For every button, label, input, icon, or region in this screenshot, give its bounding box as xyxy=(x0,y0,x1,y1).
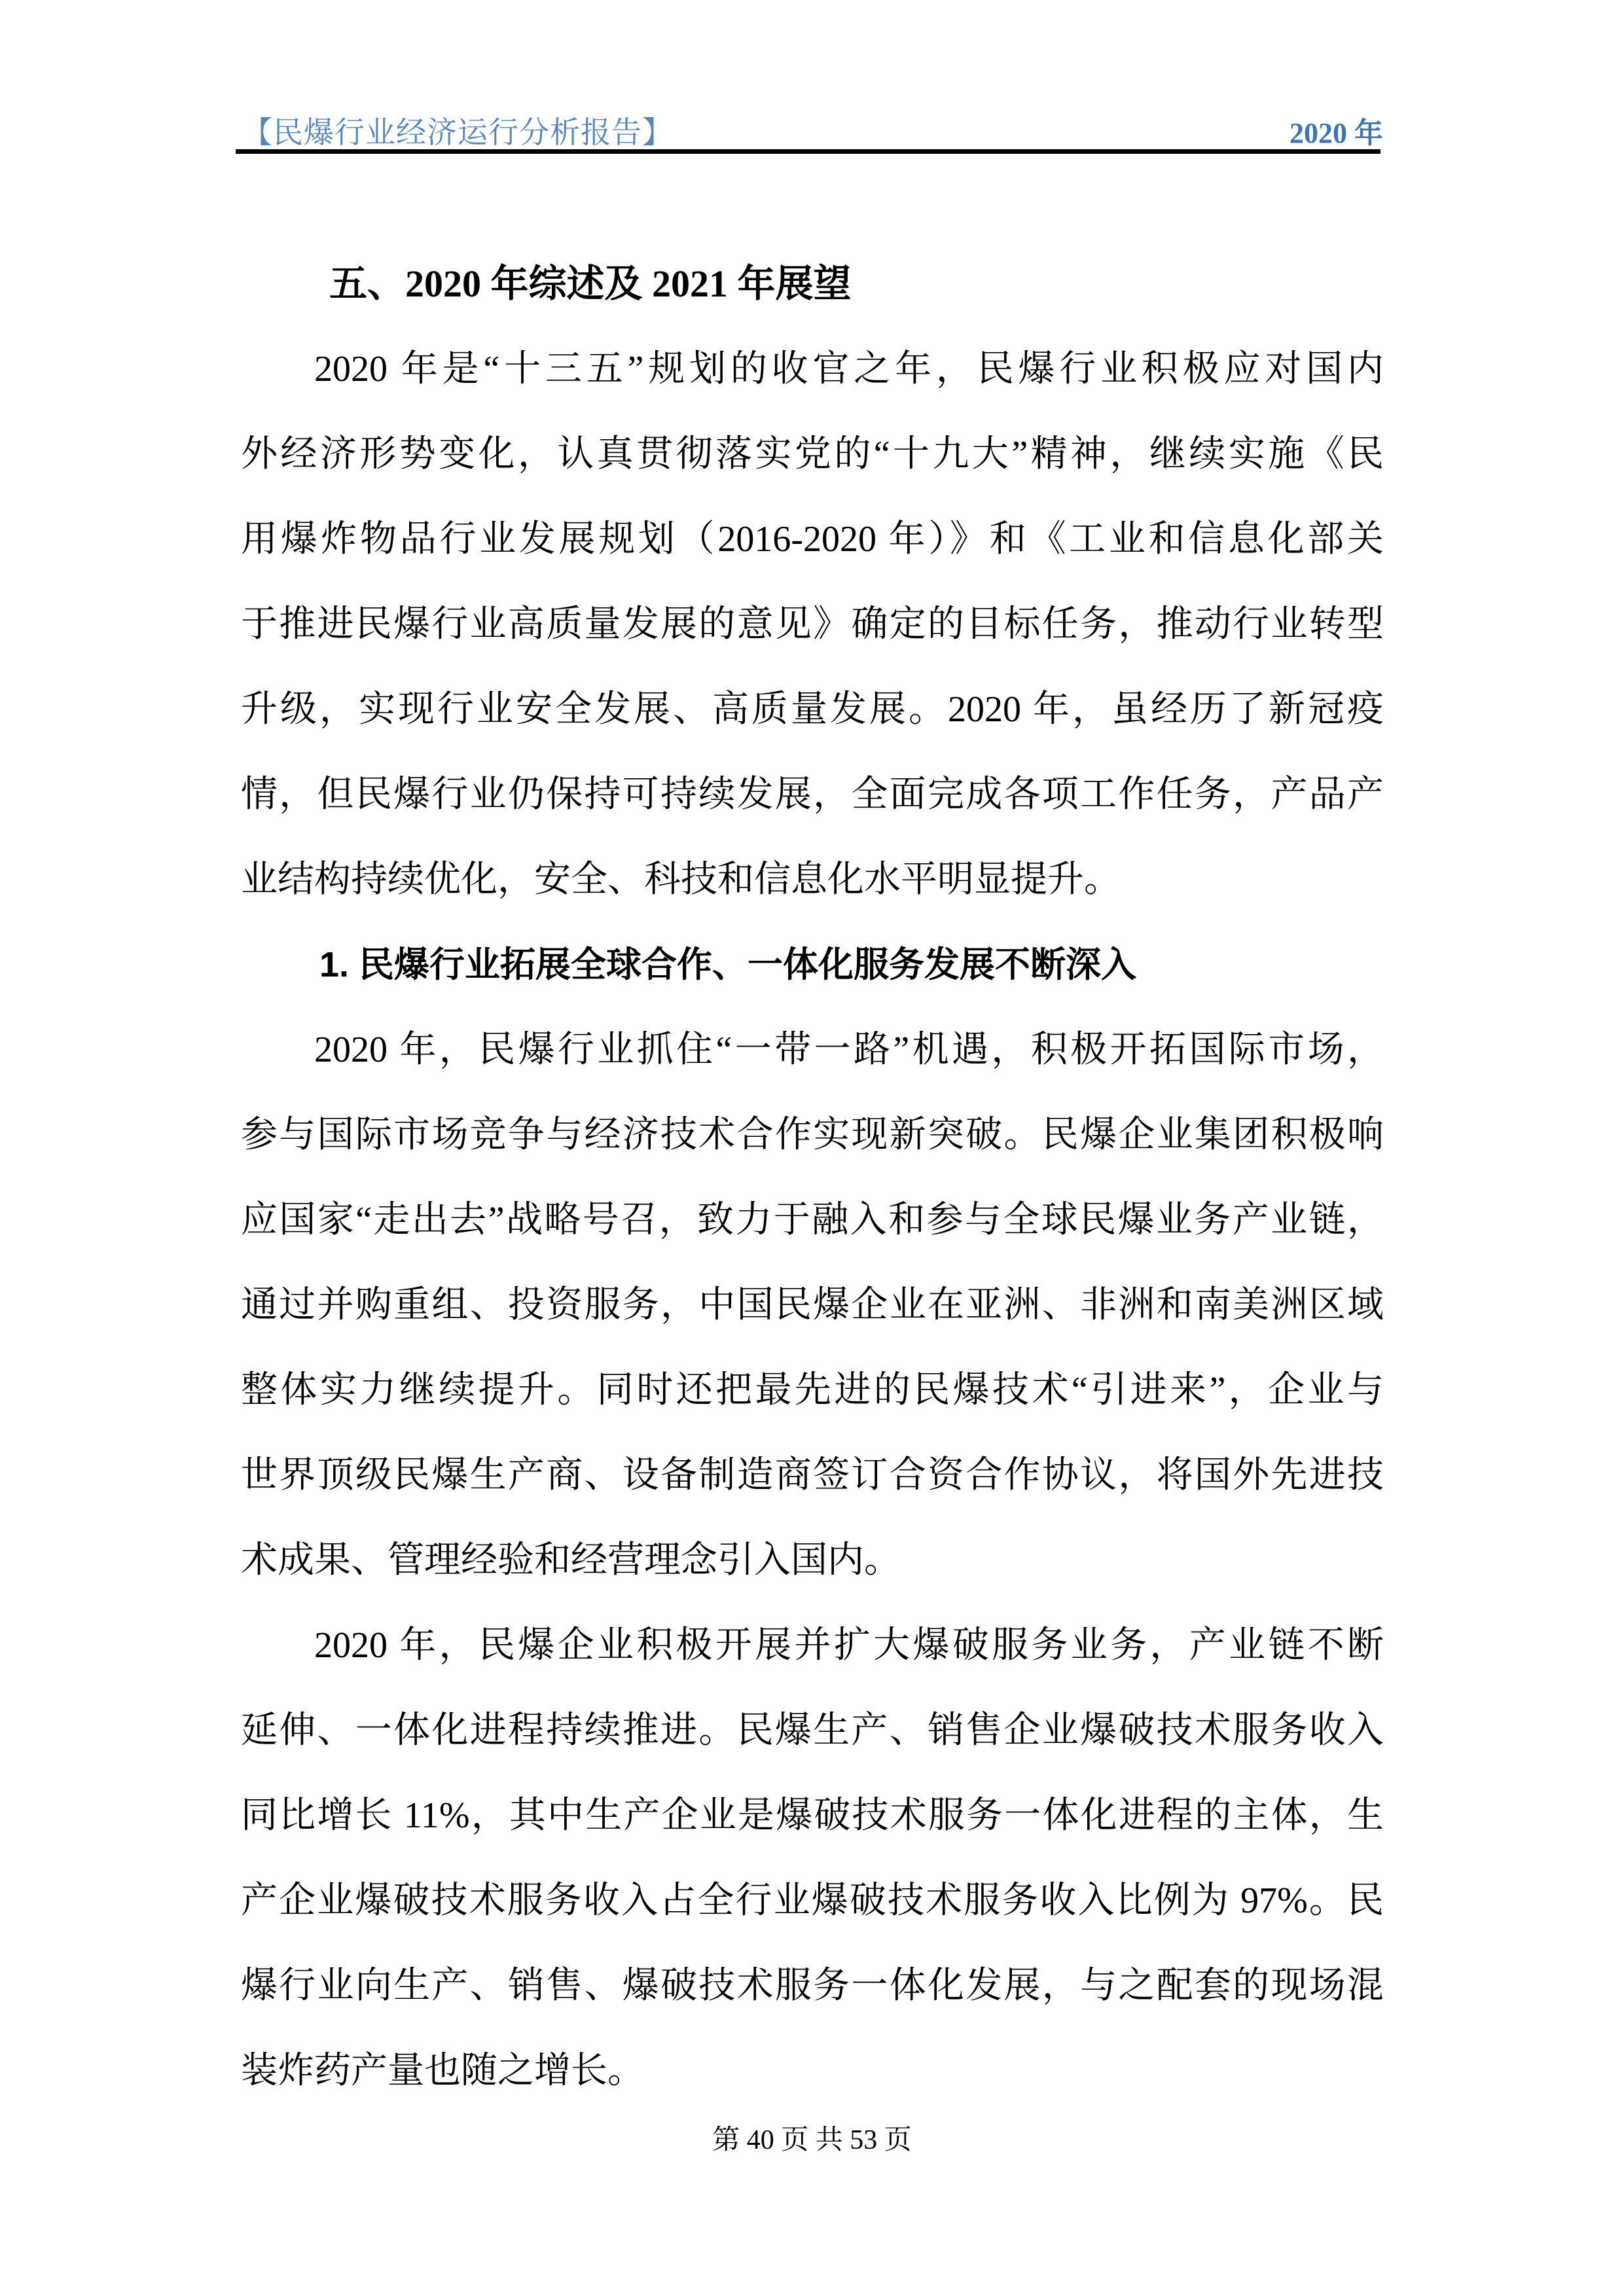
document-body: 五、2020 年综述及 2021 年展望 2020 年是“十三五”规划的收官之年… xyxy=(241,242,1384,2113)
section-title: 五、2020 年综述及 2021 年展望 xyxy=(241,242,1384,327)
header-report-title: 【民爆行业经济运行分析报告】 xyxy=(242,109,673,152)
text-line: 情，但民爆行业仍保持可持续发展，全面完成各项工作任务，产品产 xyxy=(241,752,1384,837)
paragraph-1: 2020 年是“十三五”规划的收官之年，民爆行业积极应对国内 外经济形势变化，认… xyxy=(241,327,1384,922)
header-divider-rule xyxy=(236,149,1380,154)
text-line: 爆行业向生产、销售、爆破技术服务一体化发展，与之配套的现场混 xyxy=(241,1943,1384,2028)
text-line: 升级，实现行业安全发展、高质量发展。2020 年，虽经历了新冠疫 xyxy=(241,667,1384,752)
text-line: 产企业爆破技术服务收入占全行业爆破技术服务收入比例为 97%。民 xyxy=(241,1858,1384,1943)
page-footer: 第 40 页 共 53 页 xyxy=(0,2121,1624,2160)
text-line: 2020 年，民爆行业抓住“一带一路”机遇，积极开拓国际市场， xyxy=(241,1007,1384,1092)
text-line: 术成果、管理经验和经营理念引入国内。 xyxy=(241,1518,1384,1603)
text-line: 同比增长 11%，其中生产企业是爆破技术服务一体化进程的主体，生 xyxy=(241,1773,1384,1858)
page-number-text: 第 40 页 共 53 页 xyxy=(712,2125,912,2155)
header-year: 2020 年 xyxy=(1290,109,1383,151)
text-line: 整体实力继续提升。同时还把最先进的民爆技术“引进来”，企业与 xyxy=(241,1348,1384,1433)
paragraph-2: 2020 年，民爆行业抓住“一带一路”机遇，积极开拓国际市场， 参与国际市场竞争… xyxy=(241,1007,1384,1603)
text-line: 2020 年是“十三五”规划的收官之年，民爆行业积极应对国内 xyxy=(241,327,1384,412)
text-line: 参与国际市场竞争与经济技术合作实现新突破。民爆企业集团积极响 xyxy=(241,1092,1384,1177)
text-line: 外经济形势变化，认真贯彻落实党的“十九大”精神，继续实施《民 xyxy=(241,412,1384,497)
text-line: 业结构持续优化，安全、科技和信息化水平明显提升。 xyxy=(241,837,1384,922)
text-line: 用爆炸物品行业发展规划（2016-2020 年）》和《工业和信息化部关 xyxy=(241,497,1384,582)
subsection-heading: 1. 民爆行业拓展全球合作、一体化服务发展不断深入 xyxy=(241,922,1384,1007)
text-line: 应国家“走出去”战略号召，致力于融入和参与全球民爆业务产业链， xyxy=(241,1177,1384,1263)
text-line: 2020 年，民爆企业积极开展并扩大爆破服务业务，产业链不断 xyxy=(241,1603,1384,1688)
text-line: 装炸药产量也随之增长。 xyxy=(241,2028,1384,2113)
paragraph-3: 2020 年，民爆企业积极开展并扩大爆破服务业务，产业链不断 延伸、一体化进程持… xyxy=(241,1603,1384,2113)
text-line: 于推进民爆行业高质量发展的意见》确定的目标任务，推动行业转型 xyxy=(241,582,1384,667)
text-line: 世界顶级民爆生产商、设备制造商签订合资合作协议，将国外先进技 xyxy=(241,1433,1384,1518)
page-header: 【民爆行业经济运行分析报告】 2020 年 xyxy=(242,109,1383,152)
text-line: 通过并购重组、投资服务，中国民爆企业在亚洲、非洲和南美洲区域 xyxy=(241,1263,1384,1348)
text-line: 延伸、一体化进程持续推进。民爆生产、销售企业爆破技术服务收入 xyxy=(241,1688,1384,1773)
